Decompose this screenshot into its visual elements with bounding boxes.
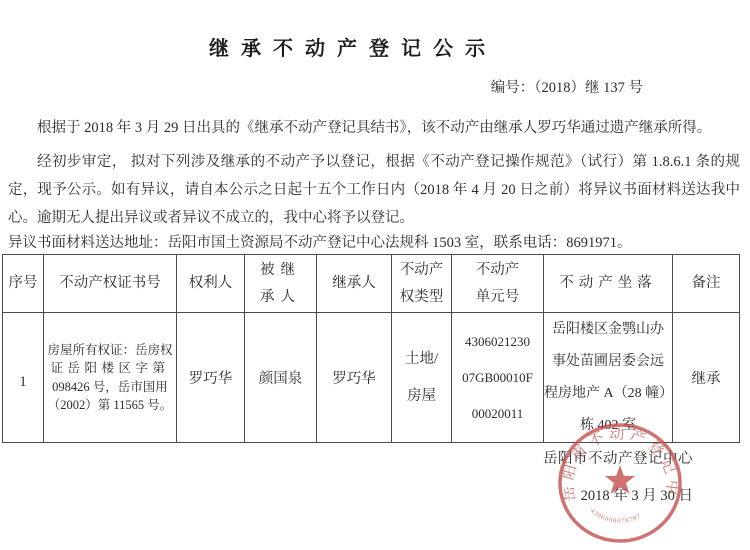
cell-heir: 罗巧华 — [317, 313, 392, 443]
col-header-remark: 备注 — [673, 255, 740, 313]
table-header-row: 序号 不动产权证书号 权利人 被继 承人 继承人 不动产 权类型 — [3, 255, 740, 313]
col-header-decedent: 被继 承人 — [245, 255, 317, 313]
svg-text:4306000078707: 4306000078707 — [589, 507, 643, 525]
doc-number: 编号：（2018）继 137 号 — [0, 79, 643, 98]
document-page: 继承不动产登记公示 编号：（2018）继 137 号 根据于 2018 年 3 … — [0, 0, 750, 550]
col-header-location: 不动产坐落 — [544, 255, 673, 313]
col-header-holder: 权利人 — [177, 255, 245, 313]
paragraph-basis: 根据于 2018 年 3 月 29 日出具的《继承不动产登记具结书》，该不动产由… — [8, 114, 740, 142]
cell-location: 岳阳楼区金鹗山办 事处苗圃居委会远 程房地产 A（28 幢） 栋 402 室 — [544, 313, 673, 443]
cell-unit-number: 4306021230 07GB00010F 00020011 — [452, 313, 544, 443]
cell-remark: 继承 — [673, 313, 740, 443]
col-header-seq: 序号 — [3, 255, 44, 313]
property-table: 序号 不动产权证书号 权利人 被继 承人 继承人 不动产 权类型 — [2, 254, 740, 443]
seal-serial-number: 4306000078707 — [589, 507, 643, 525]
col-header-cert-number: 不动产权证书号 — [44, 255, 177, 313]
page-title: 继承不动产登记公示 — [0, 36, 728, 62]
paragraph-review: 经初步审定， 拟对下列涉及继承的不动产予以登记，根据《不动产登记操作规范》（试行… — [8, 148, 740, 232]
cell-decedent: 颜国泉 — [245, 313, 317, 443]
table-row: 1 房屋所有权证：岳房权 证岳阳楼区字第 098426 号，岳市国用 （2002… — [3, 313, 740, 443]
address-line: 异议书面材料送达地址：岳阳市国土资源局不动产登记中心法规科 1503 室，联系电… — [8, 232, 740, 254]
col-header-heir: 继承人 — [317, 255, 392, 313]
issue-date: 2018 年 3 月 30 日 — [581, 484, 693, 505]
issuer-name: 岳阳市不动产登记中心 — [543, 447, 693, 468]
cell-seq: 1 — [3, 313, 44, 443]
col-header-unit-number: 不动产 单元号 — [452, 255, 544, 313]
cell-holder: 罗巧华 — [177, 313, 245, 443]
cell-cert-number: 房屋所有权证：岳房权 证岳阳楼区字第 098426 号，岳市国用 （2002）第… — [44, 313, 177, 443]
cell-right-type: 土地/ 房屋 — [392, 313, 452, 443]
col-header-right-type: 不动产 权类型 — [392, 255, 452, 313]
